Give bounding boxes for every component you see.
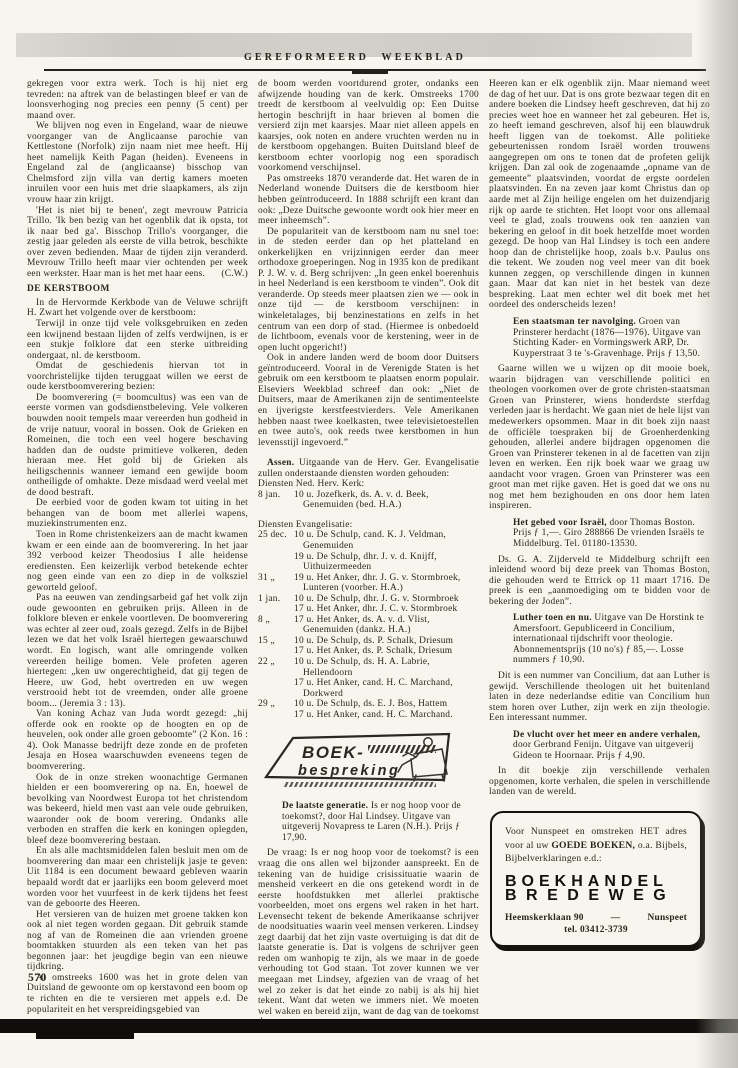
advertisement-intro: Voor Nunspeet en omstreken HET adres voo… xyxy=(505,825,687,866)
paragraph: Omdat de geschiedenis hiervan tot in voo… xyxy=(27,361,248,393)
paragraph: Toen in Rome christenkeizers aan de mach… xyxy=(27,530,248,593)
ad-intro-bold: GOEDE BOEKEN, xyxy=(551,840,635,851)
section-heading-kerstboom: DE KERSTBOOM xyxy=(27,284,248,295)
paragraph: Gaarne willen we u wijzen op dit mooie b… xyxy=(489,364,710,512)
service-row: 29 „ 10 u. De Schulp, ds. E. J. Bos, Hat… xyxy=(258,699,479,720)
paragraph: De populariteit van de kerstboom nam nu … xyxy=(258,227,479,354)
paragraph: De eerbied voor de goden kwam tot uiting… xyxy=(27,498,248,530)
service-row: 1 jan. 10 u. De Schulp, dhr. J. G. v. St… xyxy=(258,594,479,615)
column-right: Heeren kan er elk ogenblik zijn. Maar ni… xyxy=(489,79,710,1028)
book-title: De laatste generatie. xyxy=(282,801,368,811)
book-title: Het gebed voor Israël, xyxy=(513,518,607,528)
paragraph: gekregen voor extra werk. Toch is hij ni… xyxy=(27,79,248,121)
book-review-reference: De vlucht over het meer en andere verhal… xyxy=(513,730,710,762)
service-date: 22 „ xyxy=(258,657,294,699)
service-entry: 10 u. De Schulp, ds. P. Schalk, Driesum xyxy=(294,636,479,647)
service-date: 31 „ xyxy=(258,573,294,594)
reading-person-illustration xyxy=(398,738,447,781)
service-date: 1 jan. xyxy=(258,594,294,615)
service-entry: 10 u. Jozefkerk, ds. A. v. d. Beek, Gene… xyxy=(294,490,479,511)
paragraph: 'Het is niet bij te benen', zegt mevrouw… xyxy=(27,206,248,280)
service-entry: 17 u. Het Anker, ds. P. Schalk, Driesum xyxy=(294,646,479,657)
bookstore-phone: tel. 03412-3739 xyxy=(505,925,687,936)
service-date: 8 jan. xyxy=(258,490,294,511)
paragraph: Ook de in onze streken woonachtige Germa… xyxy=(27,773,248,847)
service-entry: 10 u. De Schulp, dhr. J. G. v. Stormbroe… xyxy=(294,594,479,605)
service-entry: 19 u. Het Anker, dhr. J. G. v. Stormbroe… xyxy=(294,573,479,594)
place-lead: Assen. xyxy=(267,458,294,468)
paragraph: Van koning Achaz van Juda wordt gezegd: … xyxy=(27,709,248,772)
paragraph: In dit boekje zijn verschillende verhale… xyxy=(489,766,710,798)
book-review-reference: De laatste generatie. Is er nog hoop voo… xyxy=(282,801,479,843)
paragraph: We blijven nog even in Engeland, waar de… xyxy=(27,121,248,205)
service-row: 8 „ 17 u. Het Anker, ds. A. v. d. Vlist,… xyxy=(258,615,479,636)
book-title: Een staatsman ter navolging. xyxy=(513,317,636,327)
service-row: 31 „ 19 u. Het Anker, dhr. J. G. v. Stor… xyxy=(258,573,479,594)
column-left: gekregen voor extra werk. Toch is hij ni… xyxy=(27,79,248,1028)
service-entry: 10 u. De Schulp, cand. K. J. Veldman, Ge… xyxy=(294,530,479,551)
paragraph: De boomverering (= boomcultus) was een v… xyxy=(27,393,248,498)
service-entry: 10 u. De Schulp, ds. H. A. Labrie, Helle… xyxy=(294,657,479,678)
book-title: De vlucht over het meer en andere verhal… xyxy=(513,730,700,740)
service-entry: 19 u. De Schulp, dhr. J. v. d. Knijff, U… xyxy=(294,552,479,573)
bookstore-address: Heemskerklaan 90 — Nunspeet xyxy=(505,913,687,924)
service-row: 22 „ 10 u. De Schulp, ds. H. A. Labrie, … xyxy=(258,657,479,699)
service-entry: 17 u. Het Anker, ds. A. v. d. Vlist, Gen… xyxy=(294,615,479,636)
paragraph: De vraag: Is er nog hoop voor de toekoms… xyxy=(258,848,479,1027)
paragraph: Ook in andere landen werd de boom door D… xyxy=(258,353,479,448)
service-date: 15 „ xyxy=(258,636,294,657)
paragraph-assen: Assen. Uitgaande van de Herv. Ger. Evang… xyxy=(258,458,479,479)
article-columns: gekregen voor extra werk. Toch is hij ni… xyxy=(27,79,711,1028)
address-street: Heemskerklaan 90 xyxy=(505,913,584,924)
author-initials: (C.W.) xyxy=(215,269,248,280)
service-entry: 17 u. Het Anker, cand. H. C. Marchand. xyxy=(294,710,479,721)
bookstore-name-line2: BREDEWEG xyxy=(505,891,687,902)
service-entry: 17 u. Het Anker, dhr. J. C. v. Stormbroe… xyxy=(294,604,479,615)
masthead-title: GEREFORMEERD WEEKBLAD xyxy=(0,52,710,63)
book-reference-text: door Gerbrand Fenijn. Uitgave van uitgev… xyxy=(513,740,694,761)
service-row: 8 jan. 10 u. Jozefkerk, ds. A. v. d. Bee… xyxy=(258,490,479,511)
book-review-reference: Een staatsman ter navolging. Groen van P… xyxy=(513,317,710,359)
service-date: 8 „ xyxy=(258,615,294,636)
book-review-reference: Luther toen en nu. Uitgave van De Horsti… xyxy=(513,613,710,666)
paragraph: En als alle machtsmiddelen falen besluit… xyxy=(27,846,248,909)
page-number: 570 xyxy=(28,972,47,984)
paragraph: Heeren kan er elk ogenblik zijn. Maar ni… xyxy=(489,79,710,311)
service-date: 29 „ xyxy=(258,699,294,720)
services-heading-evangelisatie: Diensten Evangelisatie: xyxy=(258,520,479,531)
paragraph: Ds. G. A. Zijderveld te Middelburg schri… xyxy=(489,555,710,608)
newspaper-page: GEREFORMEERD WEEKBLAD gekregen voor extr… xyxy=(0,0,738,1068)
paragraph: Het versieren van de huizen met groene t… xyxy=(27,910,248,973)
paragraph: Dit is een nummer van Concilium, dat aan… xyxy=(489,671,710,724)
service-row: 25 dec. 10 u. De Schulp, cand. K. J. Vel… xyxy=(258,530,479,572)
logo-word-bespreking: bespreking xyxy=(298,763,400,779)
paragraph: In de Hervormde Kerkbode van de Veluwe s… xyxy=(27,298,248,319)
paragraph-text: 'Het is niet bij te benen', zegt mevrouw… xyxy=(27,206,248,279)
boek-bespreking-logo: BOEK- bespreking xyxy=(256,729,462,795)
paragraph: Al omstreeks 1600 was het in grote delen… xyxy=(27,973,248,1015)
bottom-scan-bar-step xyxy=(36,1031,134,1039)
address-dash: — xyxy=(611,913,621,924)
masthead-rule-notch xyxy=(352,71,388,74)
paragraph: de boom werden voortdurend groter, ondan… xyxy=(258,79,479,174)
hatch-shadow xyxy=(284,782,436,787)
paragraph: Terwijl in onze tijd vele volksgebruiken… xyxy=(27,319,248,361)
service-date: 25 dec. xyxy=(258,530,294,572)
services-heading-nhk: Diensten Ned. Herv. Kerk: xyxy=(258,479,479,490)
service-entry: 17 u. Het Anker, cand. H. C. Marchand, D… xyxy=(294,678,479,699)
paragraph: Pas omstreeks 1870 veranderde dat. Het w… xyxy=(258,174,479,227)
service-entry: 10 u. De Schulp, ds. E. J. Bos, Hattem xyxy=(294,699,479,710)
book-review-reference: Het gebed voor Israël, door Thomas Bosto… xyxy=(513,518,710,550)
column-middle: de boom werden voortdurend groter, ondan… xyxy=(258,79,479,1028)
address-city: Nunspeet xyxy=(647,913,687,924)
bookstore-name-line1: BOEKHANDEL xyxy=(505,877,687,888)
book-title: Luther toen en nu. xyxy=(513,613,592,623)
service-row: 15 „ 10 u. De Schulp, ds. P. Schalk, Dri… xyxy=(258,636,479,657)
advertisement-box: Voor Nunspeet en omstreken HET adres voo… xyxy=(490,811,702,947)
paragraph: Pas na eeuwen van zendingsarbeid gaf het… xyxy=(27,593,248,709)
logo-word-boek: BOEK- xyxy=(302,743,364,762)
